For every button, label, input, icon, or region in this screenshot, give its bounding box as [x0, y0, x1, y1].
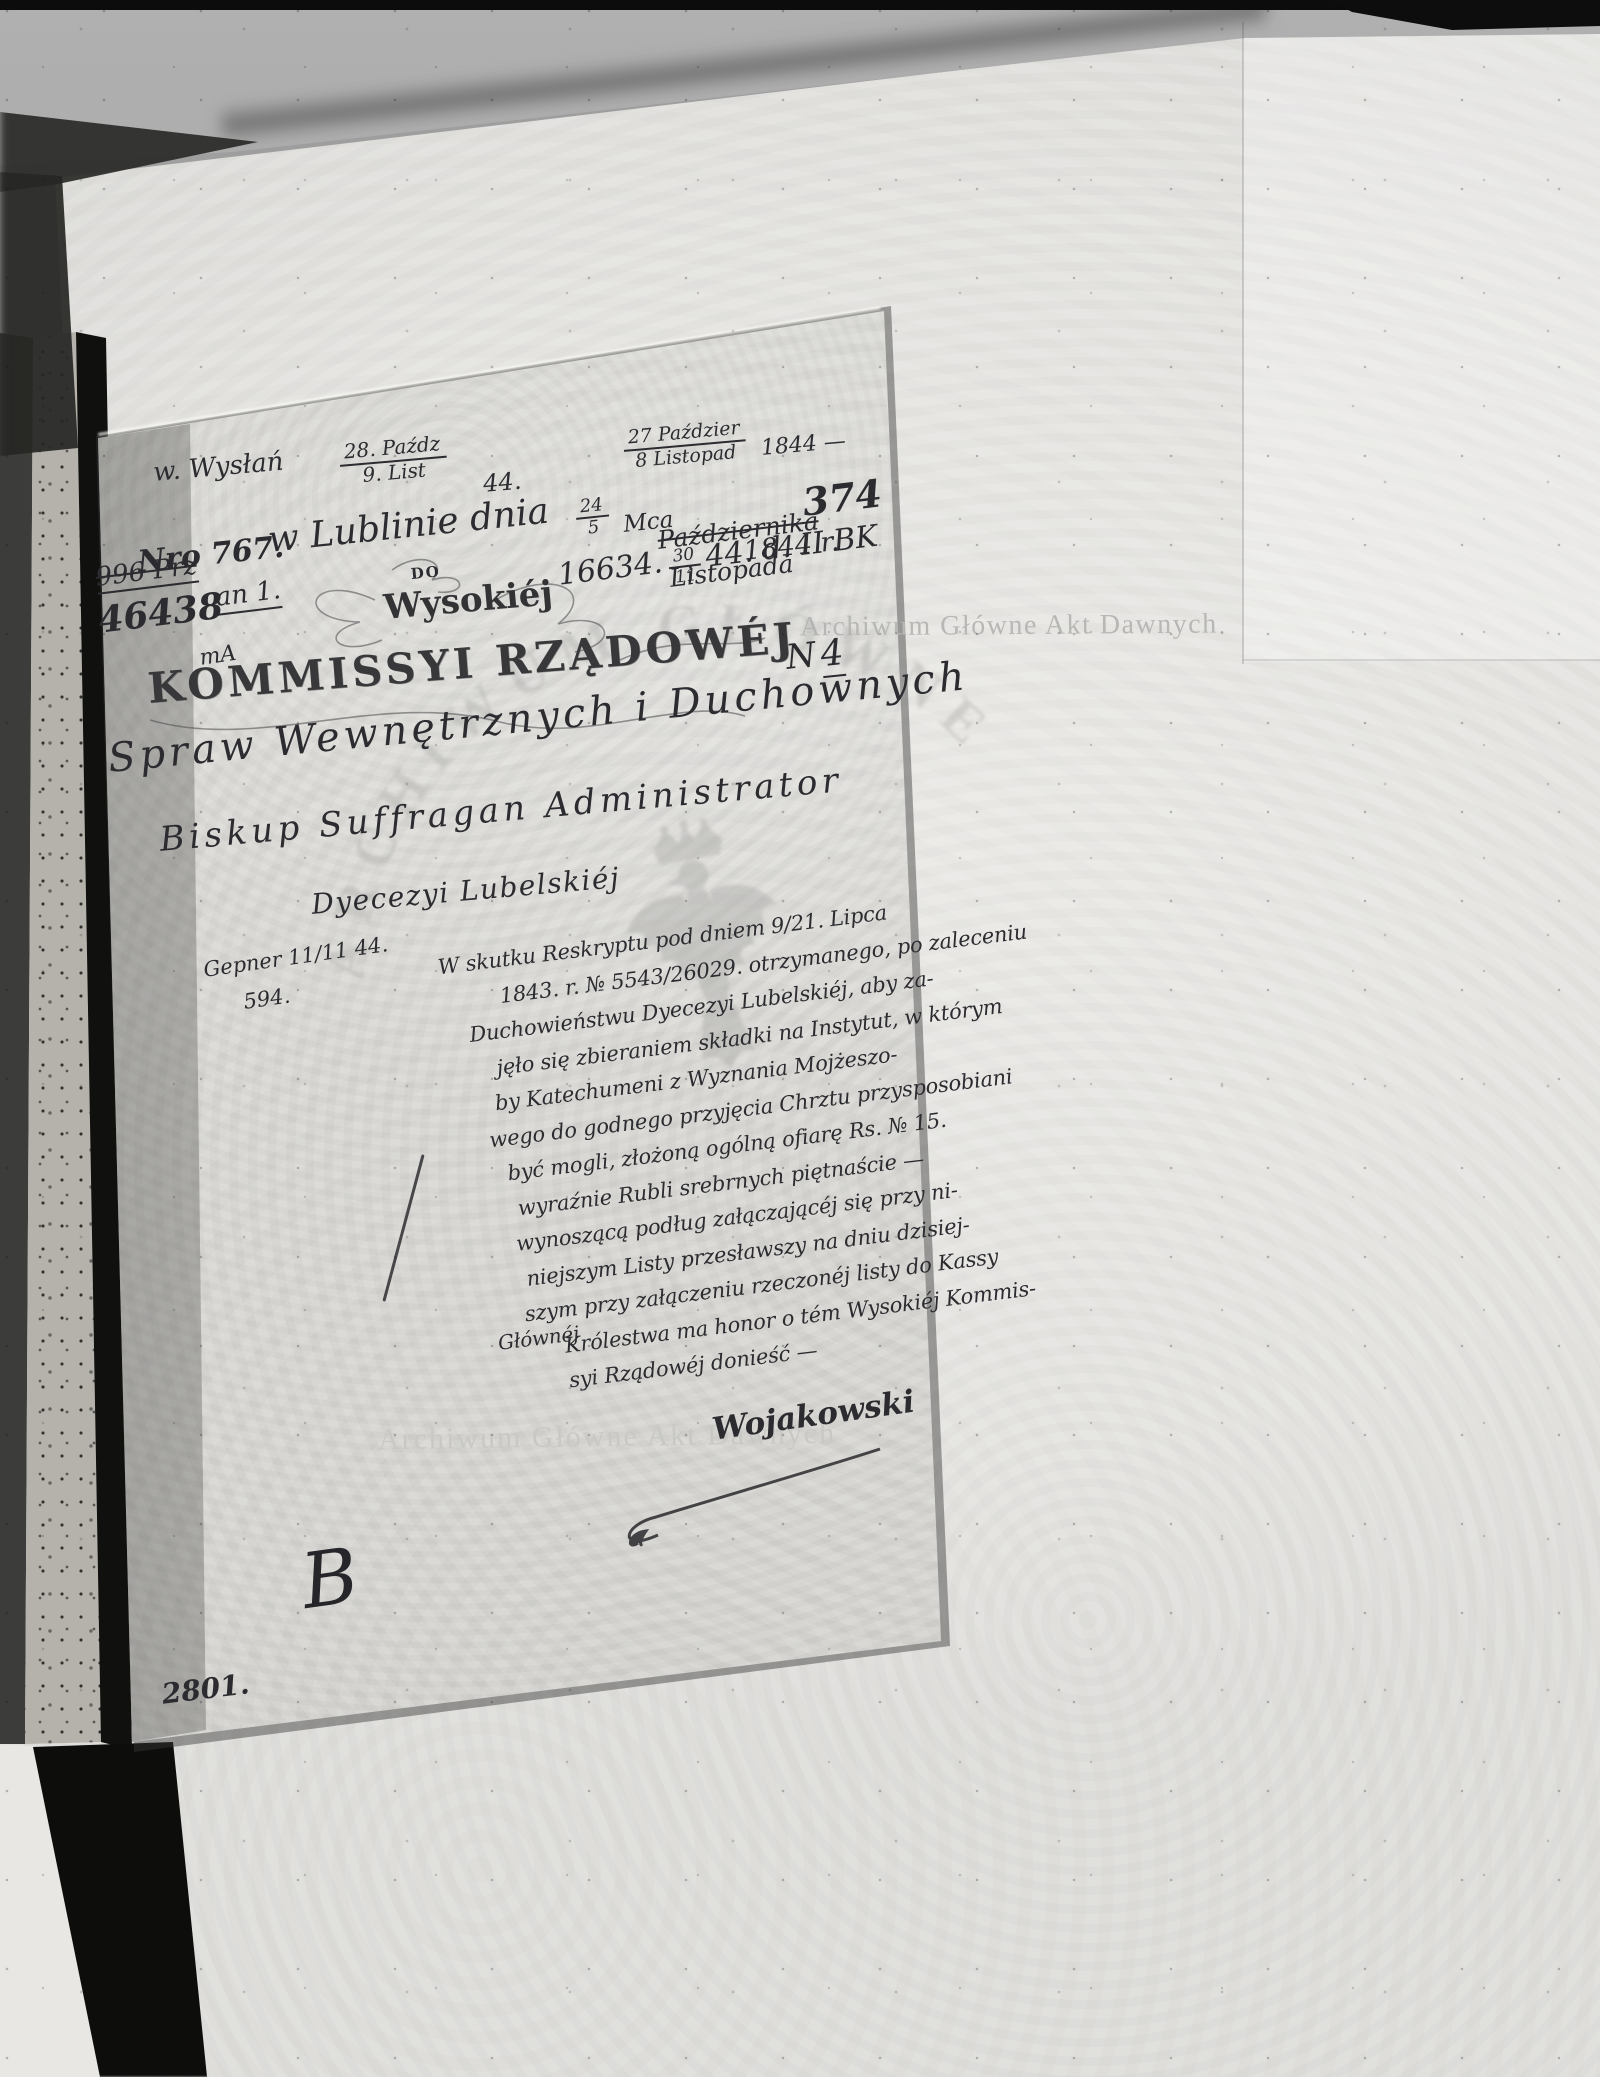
paraph-letter: B [296, 1530, 364, 1626]
page-edge-line-horizontal [1243, 659, 1600, 661]
signature-flourish [598, 1425, 898, 1555]
letter-body: W skutku Reskryptu pod dniem 9/21. Lipca… [424, 889, 996, 1410]
journal-frac-bottom: 11 [674, 566, 698, 587]
day-new-style: 24 [574, 495, 609, 521]
page-edge-line-vertical [1242, 22, 1244, 664]
annotation-sent-dates: 28. Paźdz 9. List [338, 433, 448, 488]
archival-scan: Archiwum Główne Akt Dawnych Archiwum Głó… [0, 0, 1600, 2077]
heading-do: DO [410, 562, 442, 583]
day-fraction: 24 5 [574, 495, 611, 540]
day-old-style: 5 [587, 518, 600, 539]
